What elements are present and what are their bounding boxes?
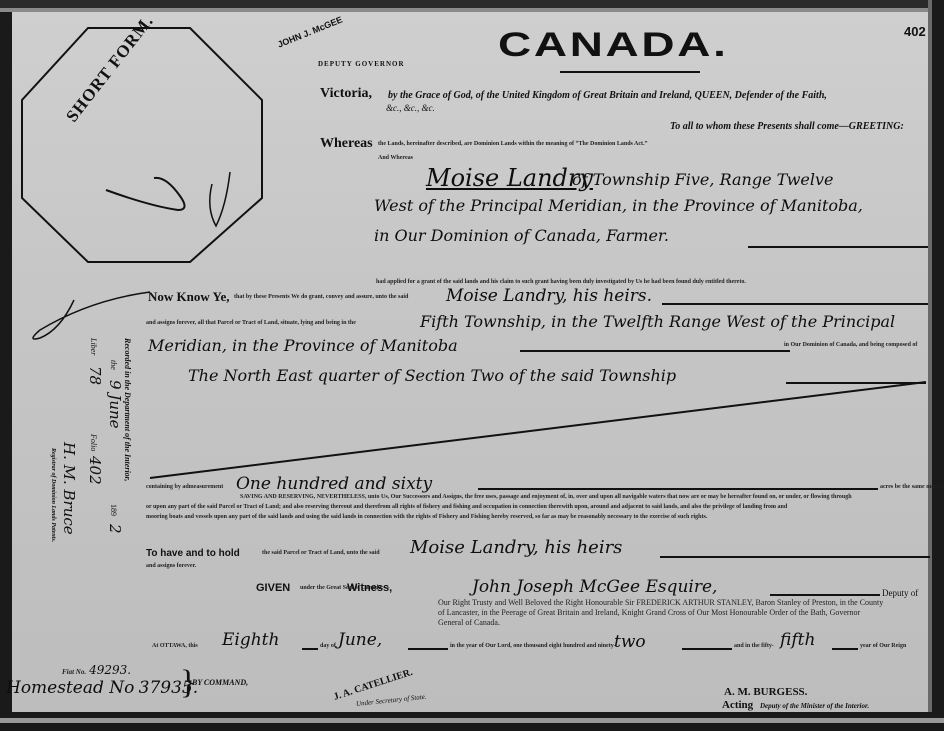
witness-label: Witness, [347,582,392,594]
title-rule [560,71,700,73]
victoria-heading: Victoria, [320,86,372,102]
fill-rule [770,594,880,596]
governor-line3: General of Canada. [438,618,500,627]
victoria-text: by the Grace of God, of the United Kingd… [388,90,827,101]
whereas-text: the Lands, hereinafter described, are Do… [378,141,648,147]
reign-end: year of Our Reign [860,643,906,649]
grantee-heirs: Moise Landry, his heirs. [446,286,652,306]
registrar-title: Registrar of Dominion Lands Patents. [50,448,56,542]
deputy-minister-name: A. M. BURGESS. [724,686,807,698]
scan-border-right-inner [928,0,932,731]
land-location-line1: Fifth Township, in the Twelfth Range Wes… [420,312,895,331]
recorded-block: Recorded in the Department of the Interi… [42,338,132,578]
liber-label: Liber [89,338,98,355]
grantee-residence-line2: West of the Principal Meridian, in the P… [374,196,863,215]
fill-rule [682,648,732,650]
acreage: One hundred and sixty [236,474,432,494]
day-of: day of [320,643,336,649]
recorded-the-label: the [109,360,118,370]
grantee-residence-line1: of Township Five, Range Twelve [572,170,834,189]
scan-border-right [932,0,944,731]
deputy-minister-title: Deputy of the Minister of the Interior. [760,702,869,710]
deputy-governor-title: DEPUTY GOVERNOR [318,60,405,68]
homestead-number: Homestead No 37935. [6,678,198,698]
grantee-residence-line3: in Our Dominion of Canada, Farmer. [374,226,669,245]
reign-text: and in the fifty- [734,643,774,649]
whereas-heading: Whereas [320,136,373,152]
fiat-number: Fiat No. 49293. [62,663,131,678]
fill-rule [748,246,928,248]
land-location-line2: Meridian, in the Province of Manitoba [148,336,458,355]
registrar-signature: H. M. Bruce [60,442,78,535]
to-have-grantee: Moise Landry, his heirs [410,537,622,558]
governor-line1: Our Right Trusty and Well Beloved the Ri… [438,598,883,607]
recorded-year-label: 189 [109,504,118,516]
at-ottawa: At OTTAWA, this [152,643,198,649]
saving-clause-line2: or upon any part of the said Parcel or T… [146,504,787,510]
saving-clause-line3: mooring boats and vessels upon any part … [146,514,707,520]
land-description: The North East quarter of Section Two of… [188,366,676,385]
scan-border-left [0,0,12,731]
reign-year: fifth [780,630,815,650]
fiat-label: Fiat No. [62,668,86,676]
folio-label: Folio [89,434,98,451]
fill-rule [520,350,790,352]
fill-rule [832,648,858,650]
now-know-text: that by these Presents We do grant, conv… [234,294,408,300]
fill-rule [302,648,318,650]
fill-rule [662,303,928,305]
greeting: To all to whom these Presents shall come… [670,121,904,132]
recorded-year: 2 [106,524,124,534]
page-number: 402 [904,24,926,39]
homestead-label: Homestead No [6,678,134,698]
assigns-text: and assigns forever, all that Parcel or … [146,320,356,326]
governor-line2: of Lancaster, in the Peerage of Great Br… [438,608,860,617]
more-or-less: acres be the same more or less; [880,484,944,490]
application-text: had applied for a grant of the said land… [376,279,746,285]
liber-value: 78 [86,366,104,385]
witness-name: John Joseph McGee Esquire, [472,577,717,597]
year-text: in the year of Our Lord, one thousand ei… [450,643,616,649]
scan-border-top [0,0,944,8]
recorded-date: 9 June [106,380,124,429]
to-have-text: the said Parcel or Tract of Land, unto t… [262,550,380,556]
fill-rule [786,382,926,384]
dominion-composed-text: in Our Dominion of Canada, and being com… [784,342,917,348]
fill-rule [478,488,878,490]
grantee-name: Moise Landry [426,164,593,192]
saving-clause-line1: SAVING AND RESERVING, NEVERTHELESS, unto… [240,494,852,500]
scan-border-bottom-band [0,718,944,723]
victoria-etc: &c., &c., &c. [386,103,435,113]
fiat-value: 49293. [89,663,131,677]
to-have-heading: To have and to hold [146,548,240,559]
given-heading: GIVEN [256,582,290,594]
fill-rule [660,556,930,558]
now-know-ye-heading: Now Know Ye, [148,289,230,305]
date-year: two [614,632,646,652]
acting-label: Acting [722,699,753,711]
and-whereas: And Whereas [378,155,413,161]
by-command: BY COMMAND, [192,678,248,687]
document-title: CANADA. [498,26,729,65]
recorded-line: Recorded in the Department of the Interi… [123,338,132,481]
fill-rule [408,648,448,650]
deputy-of: Deputy of [882,588,918,598]
short-form-octagon-stamp [20,26,264,264]
containing-label: containing by admeasurement [146,484,223,490]
assigns-forever: and assigns forever. [146,563,196,569]
date-month: June, [338,630,382,650]
date-day: Eighth [222,630,279,650]
folio-value: 402 [86,456,104,485]
